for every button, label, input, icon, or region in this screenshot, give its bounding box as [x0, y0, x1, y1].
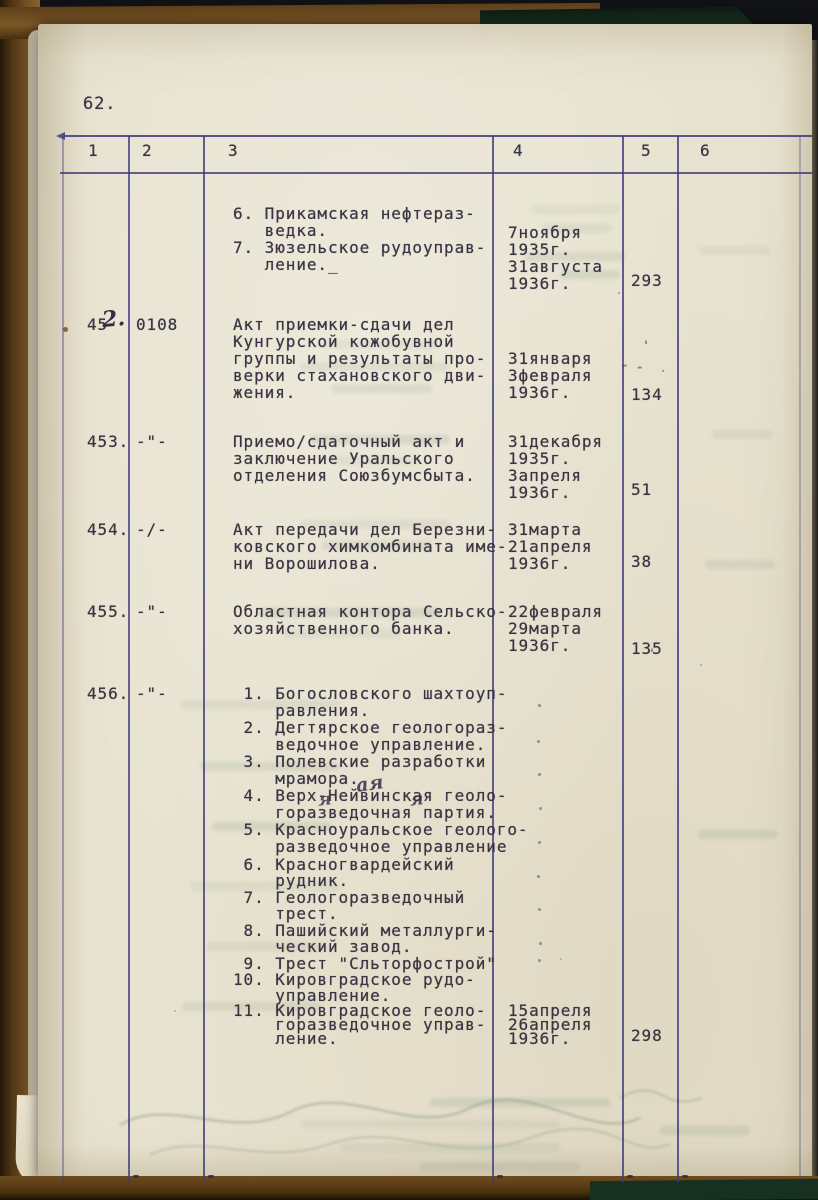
date-line: 31января	[508, 350, 592, 367]
description-line: ческий завод.	[233, 938, 412, 955]
handwritten-mark: '	[644, 339, 648, 354]
row-number-handwritten: 2.	[101, 305, 126, 333]
description-line: 3. Полевские разработки	[233, 753, 486, 770]
column-header: 5	[641, 142, 652, 159]
description-line: верки стахановского дви-	[233, 367, 486, 384]
description-line: группы и результаты про-	[233, 350, 486, 367]
table-vertical-rule	[128, 136, 130, 1182]
description-line: ведочное управление.	[233, 736, 486, 753]
scanned-archive-page: 62. 1234566. Прикамская нефтераз- ведка.…	[0, 0, 818, 1200]
column-header: 3	[228, 142, 239, 159]
description-line: 7. Зюзельское рудоуправ-	[233, 239, 486, 256]
table-rule-end-tick	[497, 1175, 503, 1178]
table-rule-end-tick	[682, 1175, 688, 1178]
description-line: ни Ворошилова.	[233, 555, 381, 572]
table-horizontal-rule	[64, 135, 812, 137]
description-line: ведка.	[233, 222, 328, 239]
table-rule-end-tick	[133, 1175, 139, 1178]
description-line: ление._	[233, 256, 339, 273]
date-line: 1936г.	[508, 275, 571, 292]
handwritten-mark: -	[622, 358, 627, 373]
description-line: горазведочная партия.	[233, 804, 497, 821]
sheet-count: 134	[631, 386, 663, 403]
date-line: 29марта	[508, 620, 582, 637]
row-number: 455.	[87, 603, 129, 620]
description-line: 5. Красноуральское геолого-	[233, 821, 528, 838]
date-line: 31августа	[508, 258, 603, 275]
handwritten-mark: ая	[355, 771, 385, 797]
description-line: Областная контора Сельско-	[233, 603, 507, 620]
table-vertical-rule	[203, 136, 205, 1182]
date-line: 1935г.	[508, 450, 571, 467]
row-index-code: -"-	[136, 433, 168, 450]
handwritten-mark: -	[637, 360, 642, 375]
date-line: 1936г.	[508, 484, 571, 501]
description-line: рудник.	[233, 872, 349, 889]
column-header: 6	[700, 142, 711, 159]
date-line: 1936г.	[508, 1030, 571, 1047]
description-line: хозяйственного банка.	[233, 620, 455, 637]
date-line: 31декабря	[508, 433, 603, 450]
description-line: ковского химкомбината име-	[233, 538, 507, 555]
date-line: 1936г.	[508, 384, 571, 401]
row-number: 456.	[87, 685, 129, 702]
column-header: 4	[513, 142, 524, 159]
column-header: 2	[142, 142, 153, 159]
table-rule-end-tick	[208, 1175, 214, 1178]
archive-inventory-table: 1234566. Прикамская нефтераз- ведка.7. З…	[0, 0, 818, 1200]
table-vertical-rule	[62, 136, 64, 1182]
date-line: 31марта	[508, 521, 582, 538]
sheet-count: 51	[631, 481, 652, 498]
date-line: 1935г.	[508, 241, 571, 258]
date-line: 22февраля	[508, 603, 603, 620]
table-horizontal-rule	[60, 172, 812, 174]
description-line: ление.	[233, 1030, 339, 1047]
description-line: Кунгурской кожобувной	[233, 333, 455, 350]
description-line: разведочное управление	[233, 838, 507, 855]
sheet-count: 298	[631, 1027, 663, 1044]
column-header: 1	[88, 142, 99, 159]
table-rule-end-tick	[627, 1175, 633, 1178]
description-line: трест.	[233, 905, 339, 922]
handwritten-mark: '	[650, 647, 654, 662]
description-line: Акт приемки-сдачи дел	[233, 316, 455, 333]
table-vertical-rule	[799, 136, 801, 1182]
table-vertical-rule	[622, 136, 624, 1182]
row-index-code: 0108	[136, 316, 178, 333]
sheet-count: 135	[631, 640, 663, 657]
description-line: Приемо/сдаточный акт и	[233, 433, 465, 450]
handwritten-mark: я	[409, 789, 425, 810]
table-vertical-rule	[492, 136, 494, 1182]
description-line: мрамора.	[233, 770, 360, 787]
date-line: 3февраля	[508, 367, 592, 384]
description-line: Акт передачи дел Березни-	[233, 521, 497, 538]
handwritten-mark: ·	[661, 364, 665, 378]
row-index-code: -"-	[136, 685, 168, 702]
date-line: 21апреля	[508, 538, 592, 555]
description-line: заключение Уральского	[233, 450, 455, 467]
description-line: 6. Прикамская нефтераз-	[233, 205, 476, 222]
row-index-code: -"-	[136, 603, 168, 620]
table-vertical-rule	[677, 136, 679, 1182]
row-index-code: -/-	[136, 521, 168, 538]
sheet-count: 293	[631, 272, 663, 289]
row-number: 453.	[87, 433, 129, 450]
description-line: равления.	[233, 702, 370, 719]
date-line: 7ноября	[508, 224, 582, 241]
date-line: 1936г.	[508, 637, 571, 654]
description-line: жения.	[233, 384, 296, 401]
date-line: 3апреля	[508, 467, 582, 484]
sheet-count: 38	[631, 553, 652, 570]
description-line: 1. Богословского шахтоуп-	[233, 685, 507, 702]
date-line: 1936г.	[508, 555, 571, 572]
handwritten-mark: я	[317, 789, 333, 810]
row-number: 454.	[87, 521, 129, 538]
description-line: отделения Союзбумсбыта.	[233, 467, 476, 484]
description-line: 2. Дегтярское геологораз-	[233, 719, 507, 736]
